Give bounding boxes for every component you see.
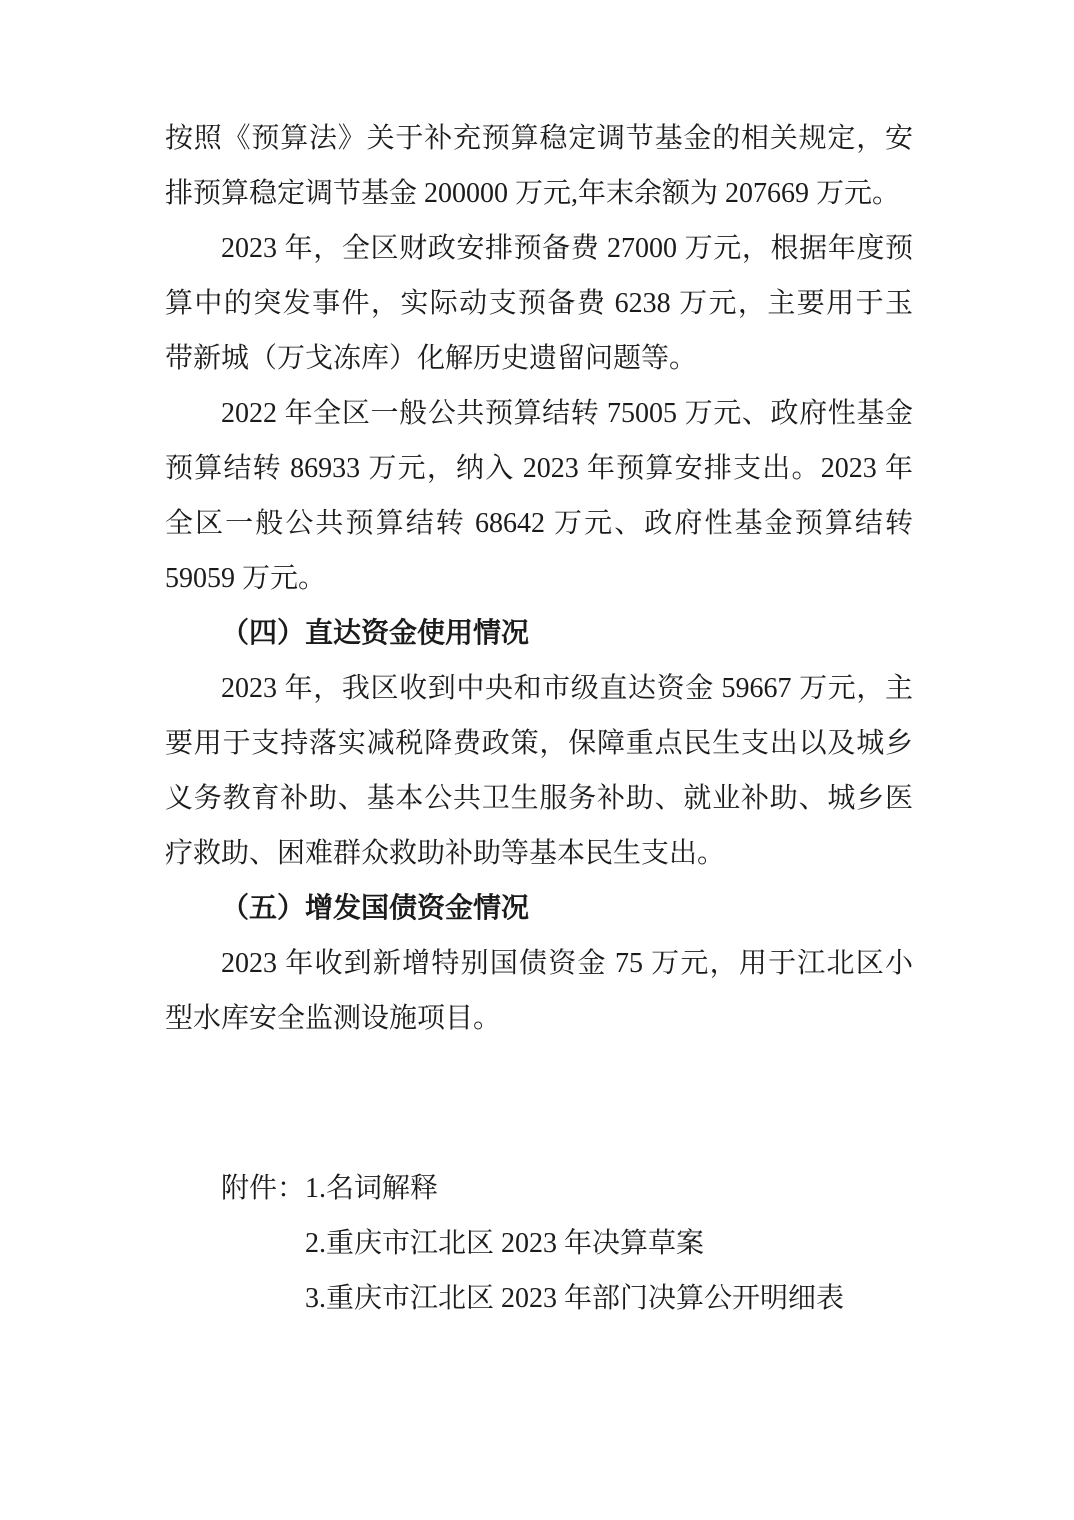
section-heading-direct-funds: （四）直达资金使用情况	[165, 606, 913, 661]
text-line: 要用于支持落实减税降费政策，保障重点民生支出以及城乡	[165, 716, 913, 771]
paragraph-carryover-funds: 2022 年全区一般公共预算结转 75005 万元、政府性基金 预算结转 869…	[165, 386, 913, 606]
paragraph-treasury-bond-funds: 2023 年收到新增特别国债资金 75 万元，用于江北区小 型水库安全监测设施项…	[165, 936, 913, 1046]
text-line: 型水库安全监测设施项目。	[165, 991, 913, 1046]
text-line: 义务教育补助、基本公共卫生服务补助、就业补助、城乡医	[165, 771, 913, 826]
paragraph-stabilization-fund: 按照《预算法》关于补充预算稳定调节基金的相关规定，安 排预算稳定调节基金 200…	[165, 111, 913, 221]
text-line: 2023 年，我区收到中央和市级直达资金 59667 万元，主	[165, 661, 913, 716]
text-line: 2022 年全区一般公共预算结转 75005 万元、政府性基金	[165, 386, 913, 441]
attachments-list: 1.名词解释 2.重庆市江北区 2023 年决算草案 3.重庆市江北区 2023…	[305, 1161, 913, 1326]
paragraph-reserve-funds: 2023 年，全区财政安排预备费 27000 万元，根据年度预 算中的突发事件，…	[165, 221, 913, 386]
text-line: 排预算稳定调节基金 200000 万元,年末余额为 207669 万元。	[165, 166, 913, 221]
text-line: 预算结转 86933 万元，纳入 2023 年预算安排支出。2023 年	[165, 441, 913, 496]
heading-line: （五）增发国债资金情况	[165, 881, 913, 936]
document-page: 按照《预算法》关于补充预算稳定调节基金的相关规定，安 排预算稳定调节基金 200…	[0, 0, 1074, 1520]
paragraph-direct-funds-usage: 2023 年，我区收到中央和市级直达资金 59667 万元，主 要用于支持落实减…	[165, 661, 913, 881]
attachments-label: 附件：	[221, 1161, 305, 1216]
attachment-item-glossary: 1.名词解释	[305, 1161, 913, 1216]
text-line: 算中的突发事件，实际动支预备费 6238 万元，主要用于玉	[165, 276, 913, 331]
text-line: 2023 年，全区财政安排预备费 27000 万元，根据年度预	[165, 221, 913, 276]
attachment-item-draft-accounts: 2.重庆市江北区 2023 年决算草案	[305, 1216, 913, 1271]
text-line: 按照《预算法》关于补充预算稳定调节基金的相关规定，安	[165, 111, 913, 166]
section-heading-treasury-bonds: （五）增发国债资金情况	[165, 881, 913, 936]
heading-line: （四）直达资金使用情况	[165, 606, 913, 661]
document-content: 按照《预算法》关于补充预算稳定调节基金的相关规定，安 排预算稳定调节基金 200…	[165, 111, 913, 1326]
text-line: 59059 万元。	[165, 551, 913, 606]
text-line: 带新城（万戈冻库）化解历史遗留问题等。	[165, 331, 913, 386]
text-line: 2023 年收到新增特别国债资金 75 万元，用于江北区小	[165, 936, 913, 991]
text-line: 全区一般公共预算结转 68642 万元、政府性基金预算结转	[165, 496, 913, 551]
attachment-item-department-detail: 3.重庆市江北区 2023 年部门决算公开明细表	[305, 1271, 913, 1326]
text-line: 疗救助、困难群众救助补助等基本民生支出。	[165, 826, 913, 881]
attachments-block: 附件： 1.名词解释 2.重庆市江北区 2023 年决算草案 3.重庆市江北区 …	[165, 1161, 913, 1326]
